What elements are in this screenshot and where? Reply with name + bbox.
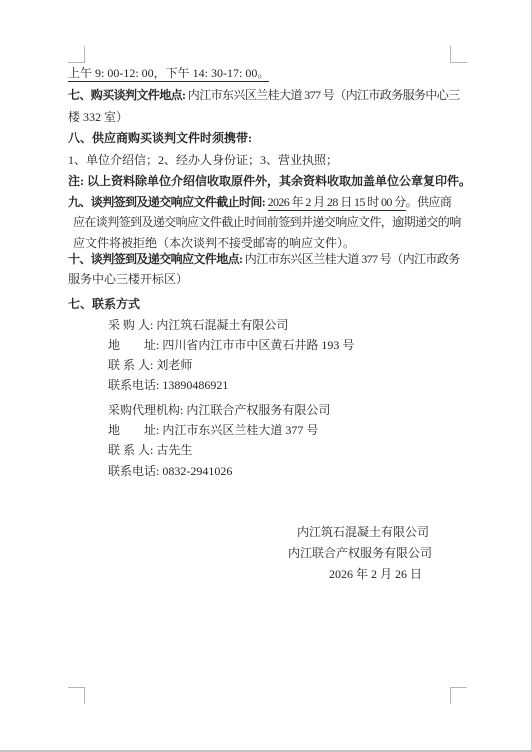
crop-mark-top-right-icon — [450, 46, 467, 63]
agency-label: 采购代理机构: — [108, 403, 186, 417]
section-8-items-text: 1、单位介绍信；2、经办人身份证；3、营业执照； — [68, 153, 338, 167]
contact-agency-line: 采购代理机构: 内江联合产权服务有限公司 — [108, 403, 330, 417]
crop-mark-bottom-left-icon — [68, 687, 85, 704]
person1-value: 刘老师 — [156, 358, 192, 372]
phone1-label: 联系电话: — [108, 378, 162, 392]
phone1-value: 13890486921 — [162, 378, 228, 392]
section-9-deadline-line3: 应文件将被拒绝（本次谈判不接受邮寄的响应文件）。 — [73, 236, 355, 250]
contact-section-heading: 七、联系方式 — [68, 297, 140, 311]
office-hours-text: 上午 9: 00-12: 00，下午 14: 30-17: 00。 — [68, 66, 269, 82]
section-10-location-line1: 十、谈判签到及递交响应文件地点: 内江市东兴区兰桂大道 377 号（内江市政务 — [68, 252, 460, 266]
purchaser-label: 采 购 人: — [108, 318, 156, 332]
section-7-label: 七、购买谈判文件地点: — [68, 88, 185, 102]
document-page: 上午 9: 00-12: 00，下午 14: 30-17: 00。 七、购买谈判… — [0, 0, 532, 752]
section-9-deadline-value: 2026 年 2 月 28 日 15 时 00 分 — [268, 195, 406, 211]
phone2-value: 0832-2941026 — [162, 464, 232, 478]
section-8-label: 八、供应商购买谈判文件时须携带: — [68, 131, 252, 145]
purchaser-value: 内江筑石混凝土有限公司 — [156, 318, 288, 332]
contact-phone2-line: 联系电话: 0832-2941026 — [108, 464, 232, 478]
person2-label: 联 系 人: — [108, 443, 156, 457]
section-9-line2-text: 应在谈判签到及递交响应文件截止时间前签到并递交响应文件，逾期递交的响 — [73, 215, 461, 229]
section-9-label: 九、谈判签到及递交响应文件截止时间: — [68, 195, 268, 209]
crop-mark-bottom-right-icon — [450, 687, 467, 704]
section-7-purchase-location-line2: 楼 332 室） — [68, 110, 128, 124]
crop-mark-top-left-icon — [68, 46, 85, 63]
section-7-purchase-location-line1: 七、购买谈判文件地点: 内江市东兴区兰桂大道 377 号（内江市政务服务中心三 — [68, 88, 460, 102]
section-9-line3-text: 应文件将被拒绝（本次谈判不接受邮寄的响应文件）。 — [73, 236, 355, 250]
signature-date-line: 2026 年 2 月 26 日 — [329, 567, 422, 581]
agency-value: 内江联合产权服务有限公司 — [186, 403, 330, 417]
contact-address2-line: 地 址: 内江市东兴区兰桂大道 377 号 — [108, 423, 318, 437]
section-9-deadline-line1: 九、谈判签到及递交响应文件截止时间: 2026 年 2 月 28 日 15 时 … — [68, 195, 451, 209]
section-9-deadline-line2: 应在谈判签到及递交响应文件截止时间前签到并递交响应文件，逾期递交的响 — [73, 215, 461, 229]
signature-org2-text: 内江联合产权服务有限公司 — [288, 546, 432, 560]
phone2-label: 联系电话: — [108, 464, 162, 478]
section-8-required-items: 1、单位介绍信；2、经办人身份证；3、营业执照； — [68, 153, 338, 167]
signature-org2-line: 内江联合产权服务有限公司 — [288, 546, 432, 560]
signature-org1-text: 内江筑石混凝土有限公司 — [297, 525, 429, 539]
contact-heading-text: 七、联系方式 — [68, 297, 140, 311]
contact-person2-line: 联 系 人: 古先生 — [108, 443, 192, 457]
signature-org1-line: 内江筑石混凝土有限公司 — [297, 525, 429, 539]
address2-label: 地 址: — [108, 423, 162, 437]
section-7-address-part2: 楼 332 室） — [68, 110, 128, 124]
section-8-note-text: 注: 以上资料除单位介绍信收取原件外，其余资料收取加盖单位公章复印件。 — [68, 174, 471, 188]
contact-purchaser-line: 采 购 人: 内江筑石混凝土有限公司 — [108, 318, 288, 332]
section-10-location-line2: 服务中心三楼开标区） — [68, 272, 188, 286]
person2-value: 古先生 — [156, 443, 192, 457]
section-8-note: 注: 以上资料除单位介绍信收取原件外，其余资料收取加盖单位公章复印件。 — [68, 174, 471, 188]
address2-value: 内江市东兴区兰桂大道 377 号 — [162, 423, 318, 437]
section-7-address-part1: 内江市东兴区兰桂大道 377 号（内江市政务服务中心三 — [185, 88, 459, 102]
contact-phone1-line: 联系电话: 13890486921 — [108, 378, 228, 392]
office-hours-line: 上午 9: 00-12: 00，下午 14: 30-17: 00。 — [68, 66, 269, 80]
contact-address1-line: 地 址: 四川省内江市市中区黄石井路 193 号 — [108, 338, 354, 352]
section-10-address-part2: 服务中心三楼开标区） — [68, 272, 188, 286]
person1-label: 联 系 人: — [108, 358, 156, 372]
address1-value: 四川省内江市市中区黄石井路 193 号 — [162, 338, 354, 352]
section-9-tail: 。供应商 — [406, 195, 452, 209]
section-10-label: 十、谈判签到及递交响应文件地点: — [68, 252, 242, 266]
contact-person1-line: 联 系 人: 刘老师 — [108, 358, 192, 372]
section-10-address-part1: 内江市东兴区兰桂大道 377 号（内江市政务 — [242, 252, 459, 266]
signature-date-text: 2026 年 2 月 26 日 — [329, 567, 422, 581]
address1-label: 地 址: — [108, 338, 162, 352]
section-8-heading: 八、供应商购买谈判文件时须携带: — [68, 131, 252, 145]
